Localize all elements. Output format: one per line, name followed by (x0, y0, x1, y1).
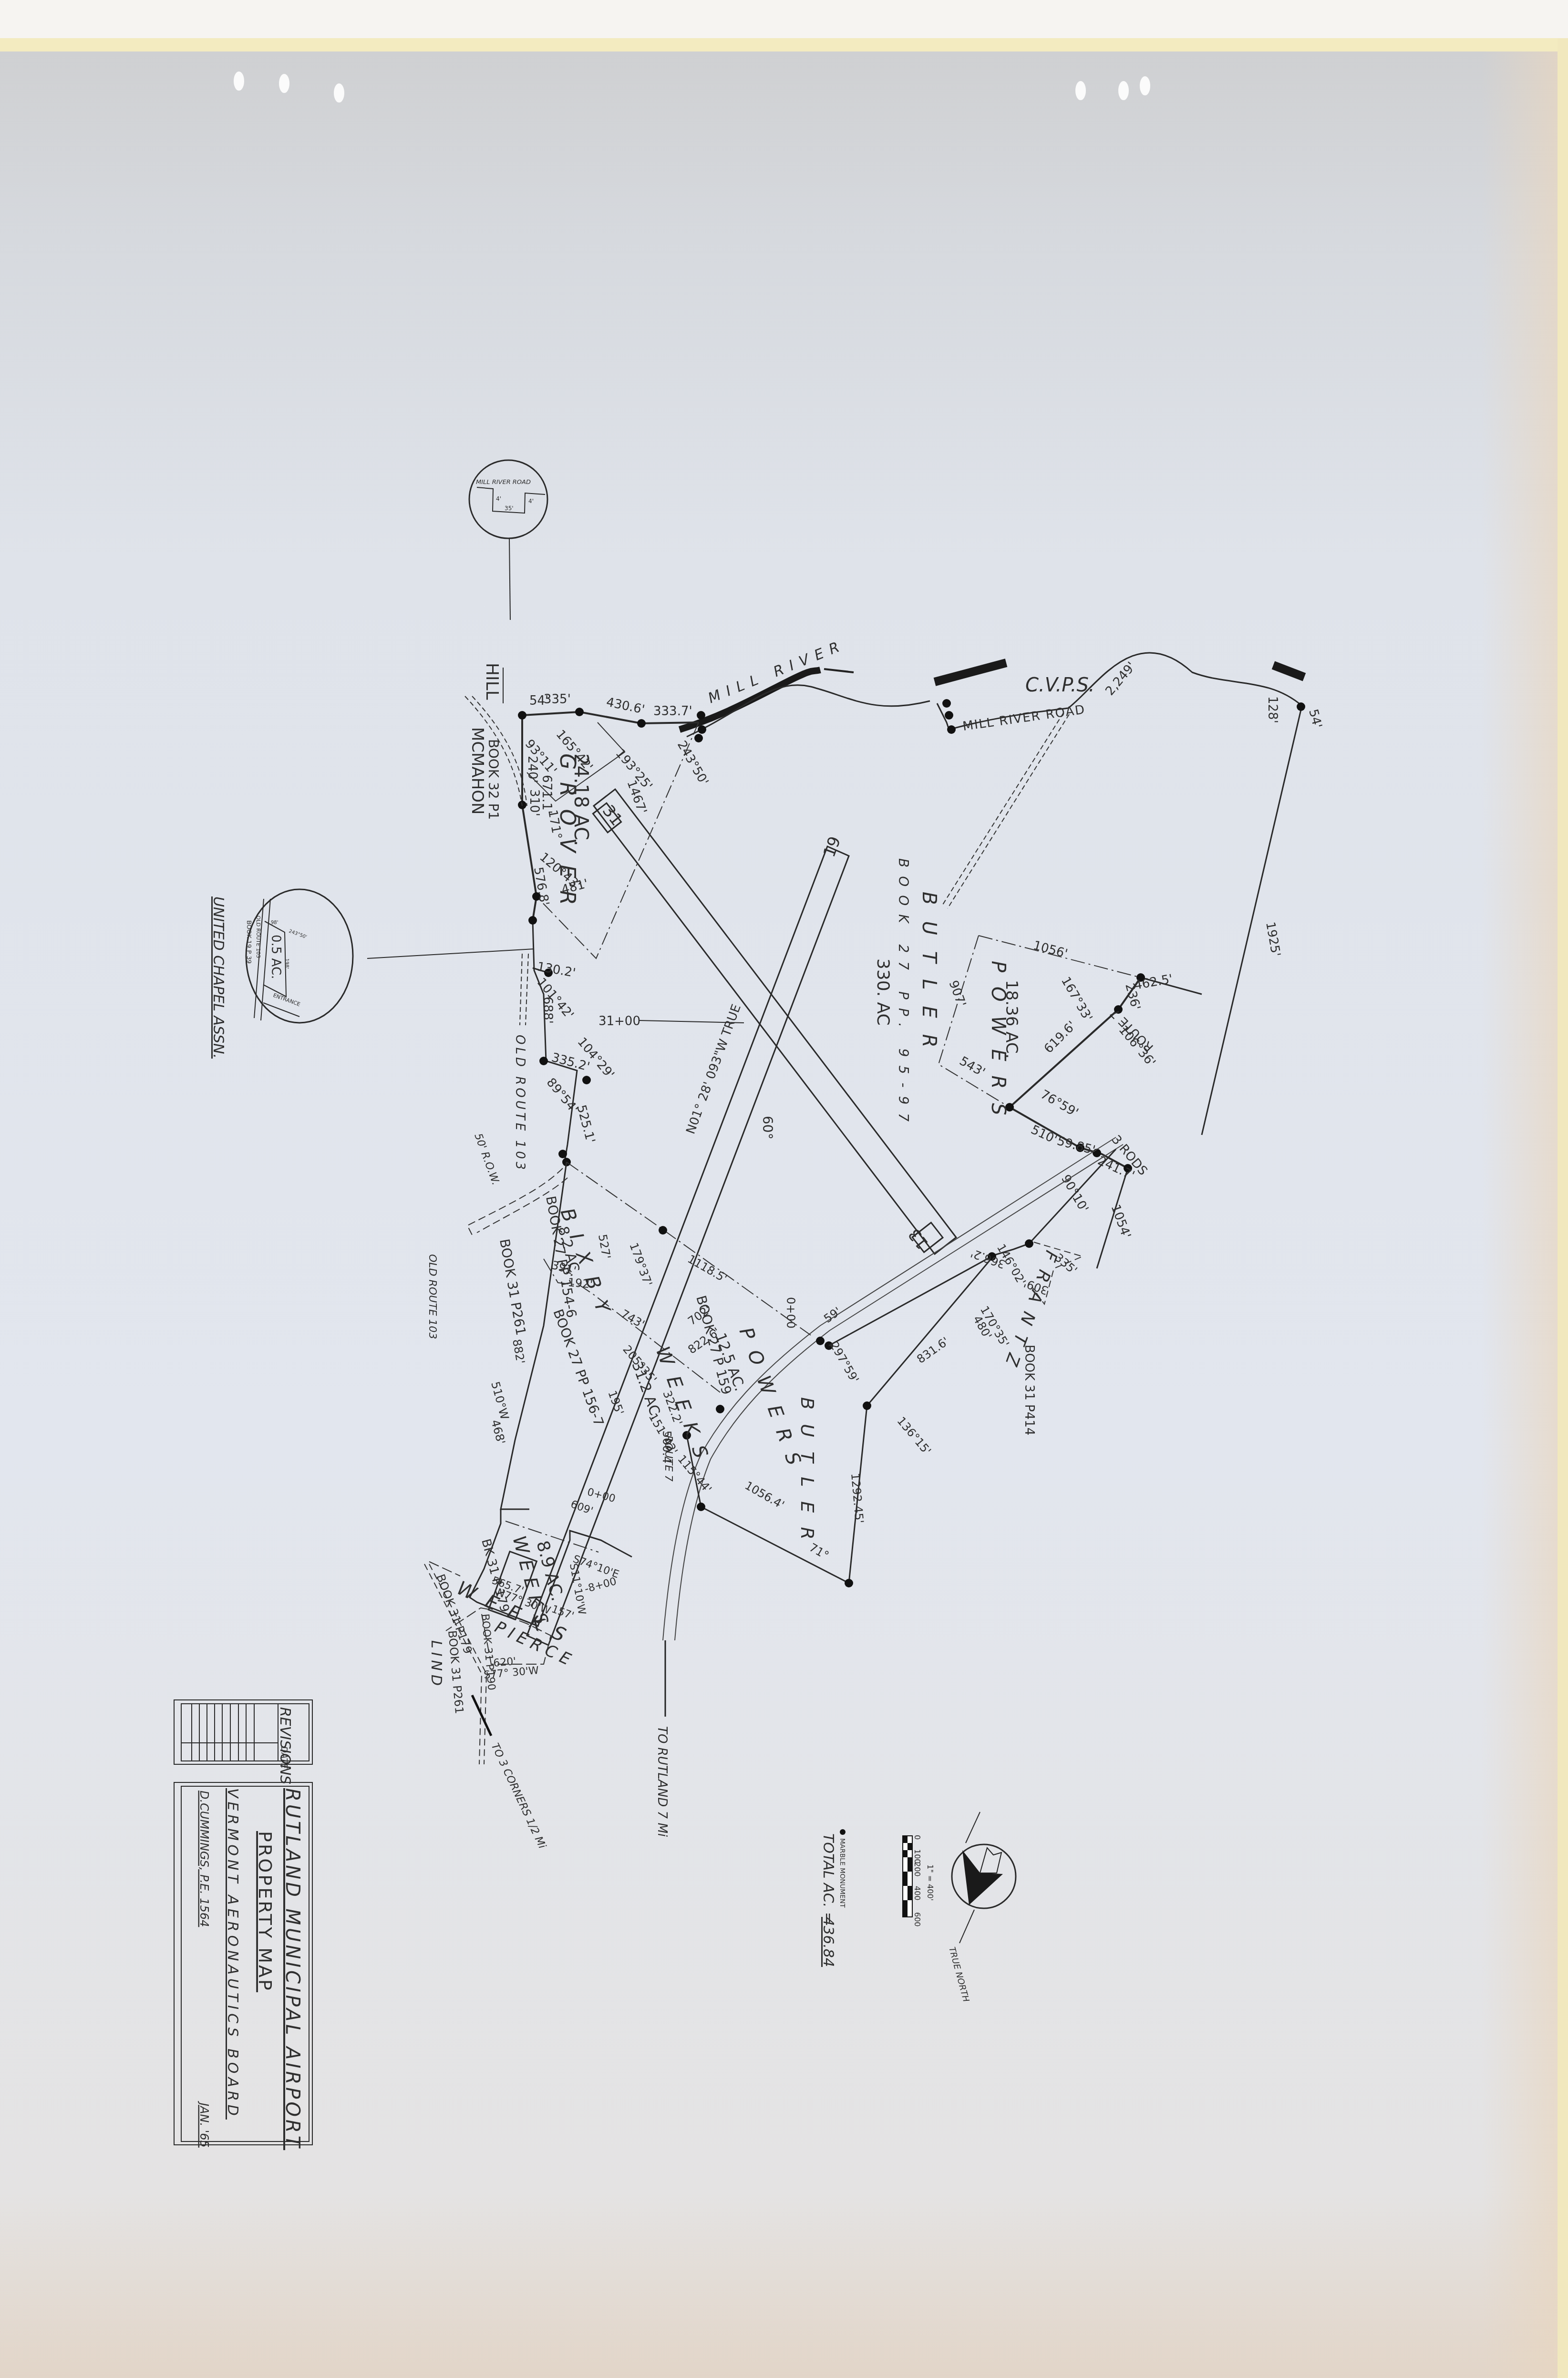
parcel-area-label: 18.36 AC. (1002, 980, 1021, 1059)
detail-dim: 98' (271, 920, 278, 926)
svg-text:882': 882' (510, 1338, 527, 1365)
revisions-block: REVISIONS DATE (174, 1700, 312, 1784)
station-label: -8+00 (583, 1575, 618, 1596)
detail-dim: 4' (496, 495, 501, 502)
svg-text:195': 195' (605, 1389, 626, 1417)
svg-text:54': 54' (1306, 708, 1324, 730)
legend: 0 100 200 400 600 1" = 400' MARBLE MONUM… (820, 1812, 1016, 2003)
old-route-103-label: OLD ROUTE 103 (513, 1035, 527, 1173)
mill-river-label: MILL RIVER (706, 637, 848, 707)
mill-river-road-label: MILL RIVER ROAD (962, 702, 1086, 734)
parcel-deed-label: BOOK 31 P414 (1022, 1345, 1036, 1435)
detail-circle-chapel: 0.5 AC. OLD ROUTE 103 BOOK 19 P 39 ENTRA… (210, 889, 534, 1059)
scale-tick: 100 (913, 1849, 922, 1864)
detail-entrance: ENTRANCE (272, 992, 301, 1008)
svg-text:335': 335' (544, 692, 571, 707)
detail-dim: 4' (528, 498, 534, 504)
scale-tick: 600 (913, 1912, 922, 1927)
svg-text:167°33': 167°33' (1058, 975, 1095, 1024)
parcel-area-label: 330. AC (873, 958, 893, 1026)
detail-dim: 35' (505, 505, 514, 512)
svg-text:543': 543' (957, 1054, 988, 1080)
svg-text:831.6': 831.6' (914, 1335, 951, 1366)
old-route-103-label: OLD ROUTE 103 (426, 1254, 438, 1339)
svg-text:333.7': 333.7' (653, 704, 692, 719)
svg-text:500.4: 500.4 (660, 1431, 673, 1463)
map-title: RUTLAND MUNICIPAL AIRPORT (281, 1788, 303, 2150)
station-label: 31+00 (598, 1014, 640, 1029)
svg-text:1292.45': 1292.45' (848, 1472, 866, 1524)
angle-label: 60° (760, 1116, 775, 1140)
detail-dim: 198' (284, 958, 289, 969)
scale-tick: 400 (913, 1886, 922, 1901)
map-subtitle: PROPERTY MAP (255, 1831, 276, 1992)
title-block: RUTLAND MUNICIPAL AIRPORT PROPERTY MAP V… (174, 1782, 312, 2150)
svg-text:243°50': 243°50' (674, 739, 711, 788)
west-parcels: HILL MCMAHON BOOK 32 P1 688' 335.2' 104°… (465, 663, 617, 1173)
station-label: 0+00 (586, 1486, 617, 1505)
svg-text:2,249': 2,249' (1103, 659, 1138, 699)
monument-label: MARBLE MONUMENT (838, 1838, 846, 1908)
north-arrow-icon (952, 1812, 1016, 1943)
svg-text:468': 468' (488, 1418, 508, 1446)
svg-text:192': 192' (567, 1276, 593, 1291)
parcel-owner-label: MCMAHON (468, 727, 487, 814)
engineer-label: D.CUMMINGS, P.E. 1564 (197, 1791, 211, 1927)
detail-deed: BOOK 19 P 39 (245, 920, 252, 964)
revisions-date-label: DATE (279, 1746, 289, 1769)
parcel-owner-label: BUTLER (918, 892, 940, 1064)
detail-area: 0.5 AC. (268, 935, 283, 979)
svg-text:1925': 1925' (1263, 921, 1283, 957)
svg-text:59.85': 59.85' (1055, 1134, 1097, 1158)
north-label: TRUE NORTH (947, 1946, 971, 2003)
row-label: 50' R.O.W. (472, 1132, 501, 1187)
svg-text:907': 907' (946, 978, 969, 1009)
svg-text:76°59': 76°59' (1038, 1087, 1081, 1120)
detail-road: OLD ROUTE 103 (255, 916, 261, 958)
svg-text:430.6': 430.6' (605, 695, 646, 717)
total-acreage-label: TOTAL AC. = (820, 1833, 836, 1924)
parcel-owner-label: LIND (428, 1640, 444, 1689)
to-rutland-label: TO RUTLAND 7 Mi (655, 1726, 669, 1837)
svg-text:310': 310' (527, 789, 541, 816)
parcels-south: TO 3 CORNERS 1/2 Mi WEEKS 8.9 AC. BK 31 … (424, 1486, 632, 1851)
station-label: 0+00 (784, 1297, 797, 1328)
svg-text:527': 527' (596, 1233, 613, 1260)
parcel-deed-label: BOOK 27 PP. 95-97 (896, 858, 911, 1130)
scale-tick: 200 (913, 1862, 922, 1877)
parcel-area-label: 24.18 AC. (570, 753, 592, 846)
date-label: JAN. '65 (197, 2101, 211, 2148)
parcel-deed-label: BOOK 32 P1 (485, 739, 501, 820)
parcel-powers-north: POWERS 18.36 AC. 1056' 907' 543' 619.6' … (939, 936, 1202, 1268)
svg-text:510°W: 510°W (488, 1380, 511, 1421)
svg-text:128': 128' (1265, 696, 1279, 723)
svg-text:297°59': 297°59' (827, 1339, 862, 1385)
parcels-bixby-powers-weeks: BIXBY 8.2 AC. BOOK 27 PP 154-6 BOOK 31 P… (426, 1132, 833, 1509)
detail-label: MILL RIVER ROAD (476, 479, 531, 486)
chapel-owner-label: UNITED CHAPEL ASSN. (210, 896, 227, 1059)
svg-text:1056.4': 1056.4' (743, 1479, 786, 1512)
svg-text:179°37': 179°37' (627, 1241, 655, 1288)
agency-label: VERMONT AERONAUTICS BOARD (224, 1788, 241, 2120)
scale-label: 1" = 400' (926, 1864, 935, 1901)
monument-icon (840, 1829, 846, 1835)
svg-text:671.1': 671.1' (539, 775, 554, 814)
to-three-corners-label: TO 3 CORNERS 1/2 Mi (489, 1741, 548, 1851)
total-acreage-value: 436.84 (820, 1917, 836, 1967)
scale-tick: 0 (913, 1835, 922, 1840)
route-7-corridor: TO RUTLAND 7 Mi ROUTE 7 (655, 1137, 1123, 1837)
svg-text:743': 743' (619, 1307, 647, 1331)
detail-circle-mill-river-road: MILL RIVER ROAD 35' 4' 4' (469, 460, 547, 620)
svg-text:136°15': 136°15' (894, 1414, 933, 1458)
svg-text:525.1': 525.1' (574, 1103, 598, 1145)
svg-text:1056': 1056' (1032, 938, 1069, 961)
parcel-deed-label: BOOK 31 P261 (496, 1237, 529, 1337)
property-map-drawing: 31 13 19 N01° 28' 093"W TRUE 31+00 60° M… (0, 0, 1568, 2378)
parcel-owner-label: BUTLER (797, 1397, 818, 1554)
detail-dim: 243°50' (288, 928, 308, 940)
parcel-owner-label: HILL (482, 663, 502, 700)
